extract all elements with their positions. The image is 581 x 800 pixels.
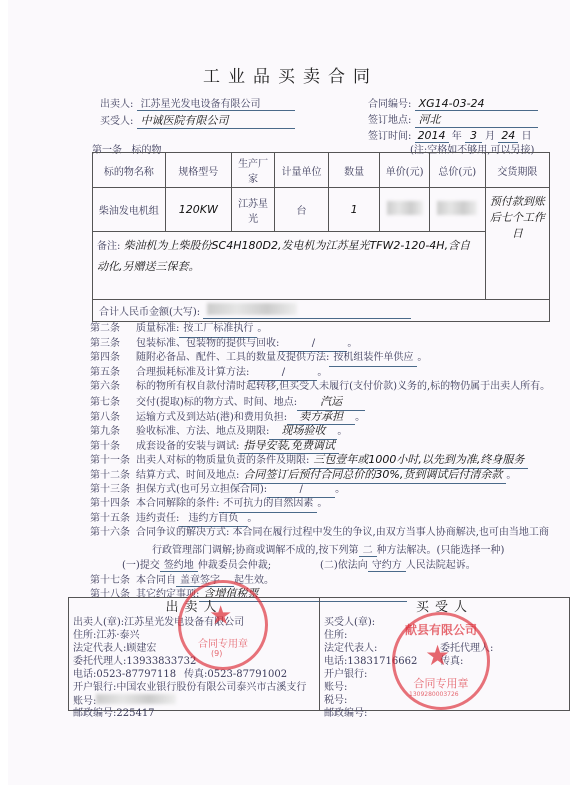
clause-num: 第十五条 [90, 512, 136, 527]
col-header-model: 规格型号 [165, 153, 231, 188]
col-header-unit-price: 单价(元) [380, 153, 429, 188]
info-label: 电话: [73, 669, 96, 680]
clause-num: 第十三条 [90, 483, 136, 498]
clause-fill: 按机组装件单供应 [329, 351, 417, 367]
cell-model: 120KW [165, 188, 231, 232]
total-cell: 合计人民币金额(大写): [93, 300, 550, 322]
sign-place-line: 签订地点: 河北 [368, 111, 538, 128]
clause-end: 。 [317, 367, 327, 378]
total-row: 合计人民币金额(大写): [93, 300, 550, 322]
clause-end: 。 [337, 426, 347, 437]
info-value: 顾建宏 [126, 643, 156, 654]
seller-info-row: 邮政编号:225417 [69, 707, 319, 720]
clause17-num: 第十七条 [90, 571, 136, 586]
cell-total-price [429, 188, 485, 232]
info-value: 0523-87797118 [96, 669, 176, 680]
clause-fill: 指导安装,免费调试 [239, 439, 339, 455]
clause-fill: 按工厂标准执行 [179, 322, 257, 338]
items-table: 标的物名称 规格型号 生产厂家 计量单位 数量 单价(元) 总价(元) 交货期限… [92, 152, 550, 322]
cell-unit-price [380, 188, 429, 232]
clause-num: 第三条 [90, 337, 136, 352]
clause-text: 成套设备的安装与调试: [136, 441, 239, 452]
clause-row: 第七条交付(提取)标的物方式、时间、地点:汽运 [90, 395, 560, 410]
info-value: 13933833732 [126, 656, 196, 667]
opt1-text-a: (一)提交 [122, 560, 160, 571]
info-value: 江苏·泰兴 [96, 630, 139, 641]
info-pair: 传真:0523-87791002 [184, 668, 287, 681]
buyer-value: 中诚医院有限公司 [137, 112, 295, 129]
clause-text: 质量标准: [136, 323, 179, 334]
opt1-text-b: 仲裁委员会仲裁; [198, 560, 271, 571]
opt1-fill: 签约地 [160, 556, 198, 572]
signature-box: 出卖人 出卖人(章):江苏星光发电设备有限公司住所:江苏·泰兴法定代表人:顾建宏… [68, 597, 570, 711]
buyer-stamp: 献县有限公司 ★ 合同专用章 1309280003726 [392, 612, 490, 710]
total-value-underline [203, 303, 411, 319]
info-value-2: 0523-87791002 [207, 669, 287, 680]
clause-row: 第十一条出卖人对标的物质量负责的条件及期限:三包壹年或1000小时,以先到为准,… [90, 453, 560, 468]
clause-end: 。 [257, 323, 267, 334]
clause-row: 第十六条合同争议的解决方式: 本合同在履行过程中发生的争议,由双方当事人协商解决… [90, 526, 560, 541]
clause-text: 运输方式及到达站(港)和费用负担: [136, 412, 287, 423]
clause-row: 第八条运输方式及到达站(港)和费用负担:卖方承担。 [90, 410, 560, 425]
sign-place-label: 签订地点: [368, 115, 411, 126]
clause-text: 本合同解除的条件: [136, 498, 219, 509]
clause-row: 第十五条违约责任:违约方自负。 [90, 512, 560, 527]
clause-text: 交付(提取)标的物方式、时间、地点: [136, 397, 297, 408]
clause-end: 。 [355, 412, 365, 423]
clause-text: 合理损耗标准及计算方法: [136, 367, 249, 378]
clause-end: 。 [247, 513, 257, 524]
contract-no-label: 合同编号: [368, 99, 411, 110]
clause-num: 第八条 [90, 411, 136, 426]
clause-num: 第十二条 [90, 469, 136, 484]
table-row: 柴油发电机组 120KW 江苏星光 台 1 预付款到账后七个工作日 [93, 188, 550, 232]
cell-unit: 台 [275, 188, 329, 232]
info-label: 住所: [73, 630, 96, 641]
clause-fill: / [279, 337, 347, 353]
seller-label: 出卖人: [100, 99, 133, 110]
clause-row: 第十四条本合同解除的条件:不可抗力的自然因素。 [90, 497, 560, 512]
clause-fill: 违约方自负 [179, 512, 247, 528]
clause-text: 随附必备品、配件、工具的数量及提供方法: [136, 352, 329, 363]
items-table-header: 标的物名称 规格型号 生产厂家 计量单位 数量 单价(元) 总价(元) 交货期限 [93, 153, 550, 188]
clause-text: 违约责任: [136, 513, 179, 524]
info-value: 中国农业银行股份有限公司泰兴市古溪支行 [116, 682, 306, 693]
col-header-unit: 计量单位 [275, 153, 329, 188]
opt2-text-b: 人民法院起诉。 [406, 560, 476, 571]
remarks-row: 备注: 柴油机为上柴股份SC4H180D2,发电机为江苏星光TFW2-120-4… [93, 232, 550, 300]
remarks-cell: 备注: 柴油机为上柴股份SC4H180D2,发电机为江苏星光TFW2-120-4… [93, 232, 486, 300]
redacted-total-price [437, 201, 477, 215]
clause-fill: 现场验收 [269, 424, 337, 440]
cell-manufacturer: 江苏星光 [231, 188, 274, 232]
contract-no-line: 合同编号: XG14-03-24 [368, 95, 538, 111]
info-label: 开户银行: [73, 682, 116, 693]
redacted-total-amount [207, 303, 297, 315]
info-label: 出卖人(章): [73, 617, 124, 628]
buyer-stamp-text: 合同专用章 [405, 675, 477, 691]
clause-row: 第二条质量标准:按工厂标准执行。 [90, 322, 560, 337]
clause-end: 。 [335, 484, 345, 495]
remarks-label: 备注: [97, 241, 120, 252]
clause-num: 第二条 [90, 322, 136, 337]
buyer-stamp-top: 献县有限公司 [403, 621, 479, 638]
sign-place-value: 河北 [415, 111, 538, 128]
redacted-account [96, 694, 176, 704]
clause-text: 合同争议的解决方式: 本合同在履行过程中发生的争议,由双方当事人协商解决,也可由… [136, 527, 549, 538]
info-label: 住所: [324, 630, 347, 641]
clause-row: 第三条包装标准、包装物的提供与回收:/。 [90, 337, 560, 352]
col-header-delivery: 交货期限 [485, 153, 549, 188]
opt2-fill: 守约方 [368, 556, 406, 572]
clause-num: 第四条 [90, 351, 136, 366]
seller-stamp-no: (9) [211, 649, 222, 658]
clause-end: 。 [417, 352, 427, 363]
clause-text: 标的物所有权自款付清时起转移,但买受人未履行(支付价款)义务的,标的物仍属于出卖… [136, 381, 550, 392]
clause-end: 。 [317, 498, 327, 509]
clauses-list: 第二条质量标准:按工厂标准执行。第三条包装标准、包装物的提供与回收:/。第四条随… [90, 322, 560, 541]
seller-value: 江苏星光发电设备有限公司 [137, 95, 295, 111]
clause-row: 第六条标的物所有权自款付清时起转移,但买受人未履行(支付价款)义务的,标的物仍属… [90, 380, 560, 395]
contract-no-value: XG14-03-24 [415, 97, 538, 111]
clause16-line2: 行政管理部门调解;协商或调解不成的,按下列第二种方法解决。(只能选择一种) [152, 541, 504, 557]
buyer-label: 买受人: [100, 116, 133, 127]
clause-text: 验收标准、方法、地点及期限: [136, 426, 269, 437]
info-value: 225417 [116, 708, 154, 719]
clause-row: 第十三条担保方式(也可另立担保合同):/。 [90, 483, 560, 498]
clause-end: 。 [347, 338, 357, 349]
info-label: 账号: [73, 696, 96, 707]
clause-fill: / [249, 366, 317, 382]
clause-num: 第十条 [90, 440, 136, 455]
col-header-name: 标的物名称 [93, 153, 166, 188]
cell-name: 柴油发电机组 [93, 188, 166, 232]
clause-num: 第十六条 [90, 526, 136, 541]
buyer-line: 买受人: 中诚医院有限公司 [100, 112, 295, 129]
col-header-total-price: 总价(元) [429, 153, 485, 188]
remarks-value: 柴油机为上柴股份SC4H180D2,发电机为江苏星光TFW2-120-4H,含自… [97, 239, 470, 273]
clause-num: 第七条 [90, 396, 136, 411]
clause-text: 结算方式、时间及地点: [136, 470, 239, 481]
clause-num: 第九条 [90, 425, 136, 440]
clause-fill: 汽运 [297, 395, 365, 411]
seller-stamp: ★ 合同专用章 (9) [178, 580, 268, 670]
clause16-text-a: 行政管理部门调解;协商或调解不成的,按下列第 [152, 545, 359, 556]
clause-num: 第十四条 [90, 497, 136, 512]
cell-quantity: 1 [328, 188, 380, 232]
info-label: 买受人(章): [324, 617, 375, 628]
seller-line: 出卖人: 江苏星光发电设备有限公司 [100, 95, 295, 111]
seller-info-row: 开户银行:中国农业银行股份有限公司泰兴市古溪支行 [69, 681, 319, 694]
clause-row: 第五条合理损耗标准及计算方法:/。 [90, 366, 560, 381]
stamp-star-icon: ★ [209, 601, 232, 631]
clause-text: 担保方式(也可另立担保合同): [136, 484, 267, 495]
clause-num: 第六条 [90, 380, 136, 395]
info-label: 委托代理人: [73, 656, 126, 667]
clause-row: 第十条成套设备的安装与调试:指导安装,免费调试 [90, 439, 560, 454]
sign-time-label: 签订时间: [368, 131, 411, 142]
info-label: 税号: [324, 695, 347, 706]
buyer-stamp-no: 1309280003726 [409, 691, 459, 698]
info-label: 邮政编号: [324, 708, 367, 719]
stamp-star-icon: ★ [425, 639, 450, 672]
clause-fill: 三包壹年或1000小时,以先到为准,终身服务 [309, 453, 528, 469]
clause-num: 第十一条 [90, 454, 136, 469]
info-label: 电话: [324, 656, 347, 667]
page-title: 工业品买卖合同 [0, 62, 581, 87]
clause-num: 第五条 [90, 366, 136, 381]
clause-row: 第九条验收标准、方法、地点及期限:现场验收。 [90, 424, 560, 439]
clause16-choice: 二 [359, 541, 377, 557]
clause-text: 包装标准、包装物的提供与回收: [136, 338, 279, 349]
col-header-manufacturer: 生产厂家 [231, 153, 274, 188]
info-label: 邮政编号: [73, 708, 116, 719]
clause-fill: 合同签订后预付合同总价的30%,货到调试后付清余款 [239, 468, 506, 484]
clause-row: 第十二条结算方式、时间及地点:合同签订后预付合同总价的30%,货到调试后付清余款… [90, 468, 560, 483]
clause16-option1: (一)提交签约地仲裁委员会仲裁; [122, 556, 271, 572]
clause-fill: 卖方承担 [287, 410, 355, 426]
seller-info-row: 账号: [69, 694, 319, 707]
redacted-unit-price [387, 201, 423, 215]
total-label: 合计人民币金额(大写): [99, 307, 200, 318]
info-label: 开户银行: [324, 669, 367, 680]
info-label-2: 传真: [184, 669, 207, 680]
clause-text: 出卖人对标的物质量负责的条件及期限: [136, 455, 309, 466]
clause16-text-b: 种方法解决。(只能选择一种) [377, 545, 505, 556]
info-label: 账号: [324, 682, 347, 693]
clause-fill: 不可抗力的自然因素 [219, 497, 317, 513]
opt2-text-a: (二)依法向 [320, 560, 368, 571]
info-label: 法定代表人: [324, 643, 377, 654]
info-label: 法定代表人: [73, 643, 126, 654]
col-header-quantity: 数量 [328, 153, 380, 188]
clause16-option2: (二)依法向守约方人民法院起诉。 [320, 556, 476, 572]
seller-info-row: 电话:0523-87797118传真:0523-87791002 [69, 668, 319, 681]
clause-fill: / [267, 483, 335, 499]
clause-end: 。 [506, 470, 516, 481]
seller-stamp-text: 合同专用章 [189, 635, 257, 650]
clause-row: 第四条随附必备品、配件、工具的数量及提供方法:按机组装件单供应。 [90, 351, 560, 366]
cell-delivery: 预付款到账后七个工作日 [485, 188, 549, 300]
